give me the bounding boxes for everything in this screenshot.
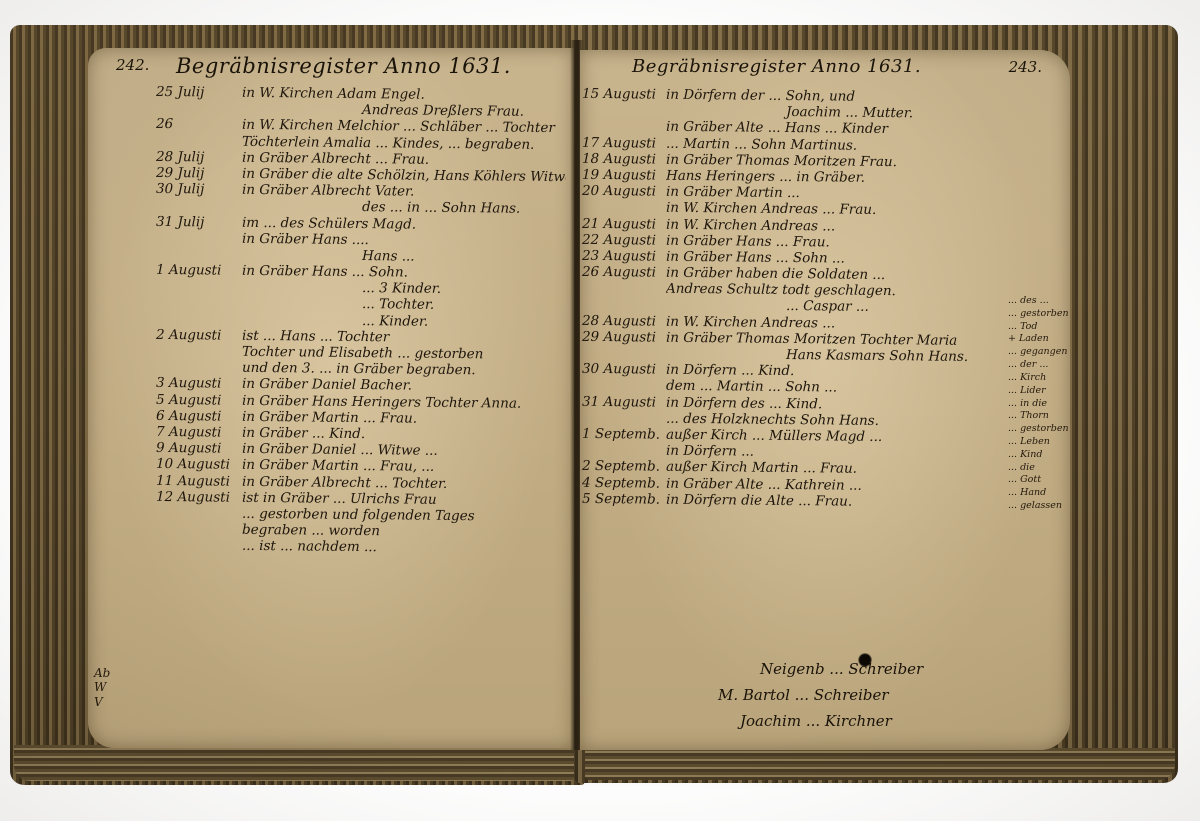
- entry-date: 1 Septemb.: [580, 426, 666, 443]
- left-page: 242. Begräbnisregister Anno 1631. 25 Jul…: [88, 48, 574, 748]
- entry-date: [152, 533, 242, 534]
- entry-date: 30 Julij: [152, 181, 242, 198]
- entry-date: [152, 242, 242, 243]
- entry-date: 23 Augusti: [580, 248, 666, 265]
- entry-date: [152, 355, 242, 356]
- ink-blot: [858, 653, 872, 667]
- entry-date: [580, 454, 666, 455]
- entry-date: 31 Julij: [152, 213, 242, 230]
- entry-date: [152, 209, 242, 210]
- page-heading-left: Begräbnisregister Anno 1631.: [176, 54, 511, 78]
- entry-date: [580, 114, 666, 115]
- entry-date: [580, 211, 666, 212]
- entry-date: 21 Augusti: [580, 215, 666, 232]
- entry-date: 2 Septemb.: [580, 458, 666, 475]
- entry-date: 11 Augusti: [152, 472, 242, 489]
- entry-date: 10 Augusti: [152, 456, 242, 473]
- entry-date: 18 Augusti: [580, 151, 666, 168]
- entry-date: 12 Augusti: [152, 489, 242, 506]
- entry-date: 15 Augusti: [580, 86, 666, 103]
- entry-date: 28 Augusti: [580, 312, 666, 329]
- entry-date: [580, 308, 666, 309]
- margin-mark: Ab W V: [94, 666, 110, 709]
- entry-date: 22 Augusti: [580, 231, 666, 248]
- entry-date: [152, 517, 242, 518]
- signature-3: Joachim ... Kirchner: [740, 712, 892, 730]
- entry-date: 6 Augusti: [152, 408, 242, 425]
- entry-date: [152, 322, 242, 323]
- signature-2: M. Bartol ... Schreiber: [718, 686, 889, 704]
- page-number-right: 243.: [1009, 58, 1042, 76]
- signature-1: Neigenb ... Schreiber: [760, 660, 923, 678]
- page-number-left: 242.: [116, 56, 149, 74]
- entry-date: 19 Augusti: [580, 167, 666, 184]
- entry-date: 26 Augusti: [580, 264, 666, 281]
- register-entry: ... ist ... nachdem ...: [152, 537, 566, 558]
- entry-date: [152, 144, 242, 145]
- entry-date: 7 Augusti: [152, 424, 242, 441]
- entry-date: 25 Julij: [152, 84, 242, 101]
- right-bottom-edge: [585, 748, 1175, 780]
- entry-date: 17 Augusti: [580, 134, 666, 151]
- entry-date: [152, 290, 242, 291]
- page-heading-right: Begräbnisregister Anno 1631.: [632, 56, 921, 77]
- entry-date: [152, 306, 242, 307]
- entry-date: 28 Julij: [152, 149, 242, 166]
- entry-text: ... ist ... nachdem ...: [242, 538, 566, 558]
- margin-note: ... des ... ... gestorben ... Tod + Lade…: [1008, 295, 1070, 513]
- entry-date: 20 Augusti: [580, 183, 666, 200]
- entry-date: 29 Augusti: [580, 329, 666, 346]
- right-entries: 15 Augustiin Dörfern der ... Sohn, und J…: [580, 88, 1000, 509]
- entry-date: 30 Augusti: [580, 361, 666, 378]
- left-bottom-edge: [14, 745, 574, 781]
- entry-date: 5 Augusti: [152, 391, 242, 408]
- entry-date: 4 Septemb.: [580, 474, 666, 491]
- entry-date: [580, 422, 666, 423]
- entry-date: [152, 371, 242, 372]
- left-entries: 25 Julijin W. Kirchen Adam Engel. Andrea…: [152, 86, 566, 555]
- entry-date: [580, 357, 666, 358]
- entry-date: 2 Augusti: [152, 327, 242, 344]
- right-page: Begräbnisregister Anno 1631. 243. 15 Aug…: [580, 50, 1070, 750]
- entry-date: 29 Julij: [152, 165, 242, 182]
- entry-text: in Dörfern die Alte ... Frau.: [666, 491, 1000, 511]
- entry-date: [580, 292, 666, 293]
- entry-date: 26: [152, 116, 242, 133]
- entry-date: [580, 389, 666, 390]
- entry-date: 31 Augusti: [580, 393, 666, 410]
- register-entry: 5 Septemb.in Dörfern die Alte ... Frau.: [580, 490, 1000, 511]
- entry-date: 5 Septemb.: [580, 490, 666, 507]
- entry-date: [152, 258, 242, 259]
- open-book-photo: 242. Begräbnisregister Anno 1631. 25 Jul…: [0, 0, 1200, 821]
- entry-date: 3 Augusti: [152, 375, 242, 392]
- entry-date: [152, 549, 242, 550]
- entry-date: [580, 130, 666, 131]
- entry-date: [152, 112, 242, 113]
- entry-date: 1 Augusti: [152, 262, 242, 279]
- entry-date: 9 Augusti: [152, 440, 242, 457]
